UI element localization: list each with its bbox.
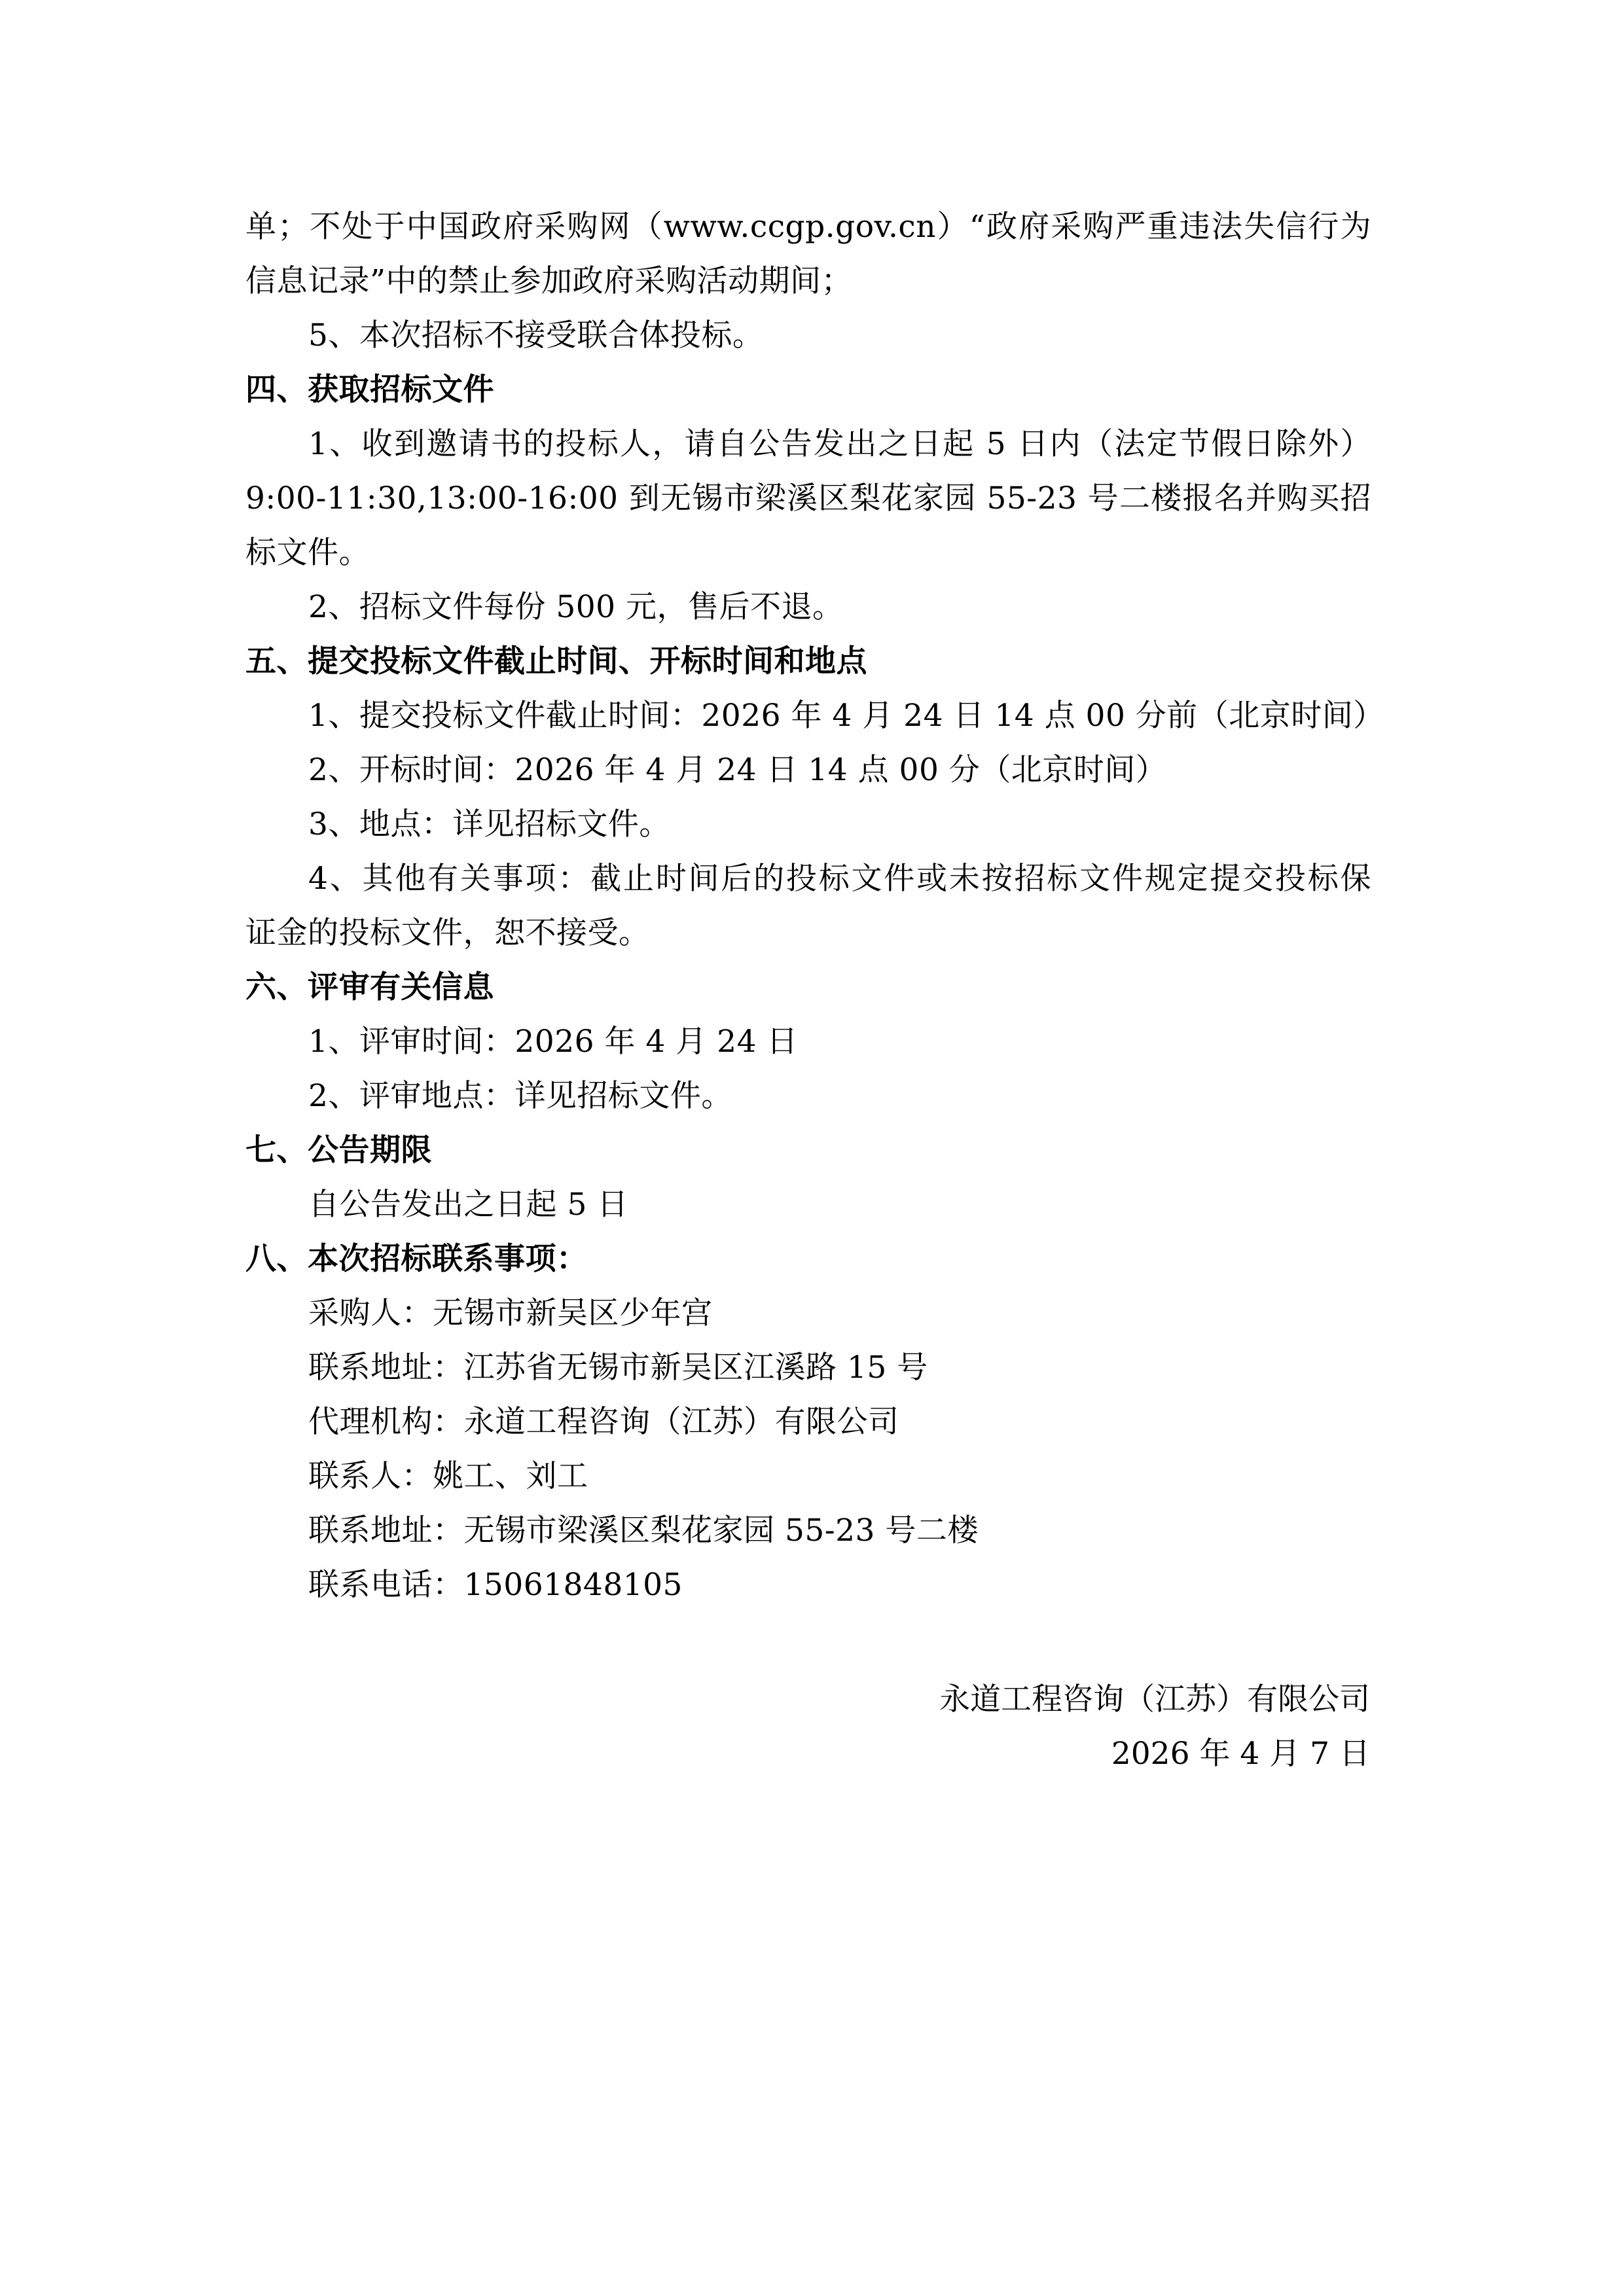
section-5-item-4-line-1: 4、其他有关事项：截止时间后的投标文件或未按招标文件规定提交投标保 [245,852,1371,906]
purchaser-line: 采购人：无锡市新吴区少年宫 [245,1286,1371,1340]
continuation-line-1: 单；不处于中国政府采购网（www.ccgp.gov.cn）“政府采购严重违法失信… [245,200,1371,254]
phone-line: 联系电话：15061848105 [245,1558,1371,1612]
section-5-heading: 五、提交投标文件截止时间、开标时间和地点 [245,634,1371,689]
document-page: 单；不处于中国政府采购网（www.ccgp.gov.cn）“政府采购严重违法失信… [245,200,1371,1612]
section-4-item-1-line-3: 标文件。 [245,526,1371,580]
section-4-item-1-line-2: 9:00-11:30,13:00-16:00 到无锡市梁溪区梨花家园 55-23… [245,471,1371,526]
continuation-line-2: 信息记录”中的禁止参加政府采购活动期间； [245,254,1371,308]
agency-address-line: 联系地址：无锡市梁溪区梨花家园 55-23 号二楼 [245,1503,1371,1558]
section-7-text: 自公告发出之日起 5 日 [245,1177,1371,1232]
section-6-item-2: 2、评审地点：详见招标文件。 [245,1069,1371,1123]
section-7-heading: 七、公告期限 [245,1123,1371,1177]
section-5-item-1: 1、提交投标文件截止时间：2026 年 4 月 24 日 14 点 00 分前（… [245,689,1371,743]
continuation-item-5: 5、本次招标不接受联合体投标。 [245,308,1371,363]
section-5-item-3: 3、地点：详见招标文件。 [245,797,1371,852]
section-6-heading: 六、评审有关信息 [245,960,1371,1014]
section-5-item-4-line-2: 证金的投标文件，恕不接受。 [245,906,1371,960]
section-5-item-2: 2、开标时间：2026 年 4 月 24 日 14 点 00 分（北京时间） [245,743,1371,797]
purchaser-address-line: 联系地址：江苏省无锡市新吴区江溪路 15 号 [245,1340,1371,1395]
signature-date: 2026 年 4 月 7 日 [1111,1727,1370,1781]
section-4-item-1-line-1: 1、收到邀请书的投标人，请自公告发出之日起 5 日内（法定节假日除外） [245,417,1371,471]
contacts-line: 联系人：姚工、刘工 [245,1449,1371,1503]
section-4-heading: 四、获取招标文件 [245,363,1371,417]
signature-company: 永道工程咨询（江苏）有限公司 [939,1672,1370,1727]
agency-line: 代理机构：永道工程咨询（江苏）有限公司 [245,1395,1371,1449]
section-6-item-1: 1、评审时间：2026 年 4 月 24 日 [245,1014,1371,1069]
section-4-item-2: 2、招标文件每份 500 元，售后不退。 [245,580,1371,634]
section-8-heading: 八、本次招标联系事项： [245,1232,1371,1286]
